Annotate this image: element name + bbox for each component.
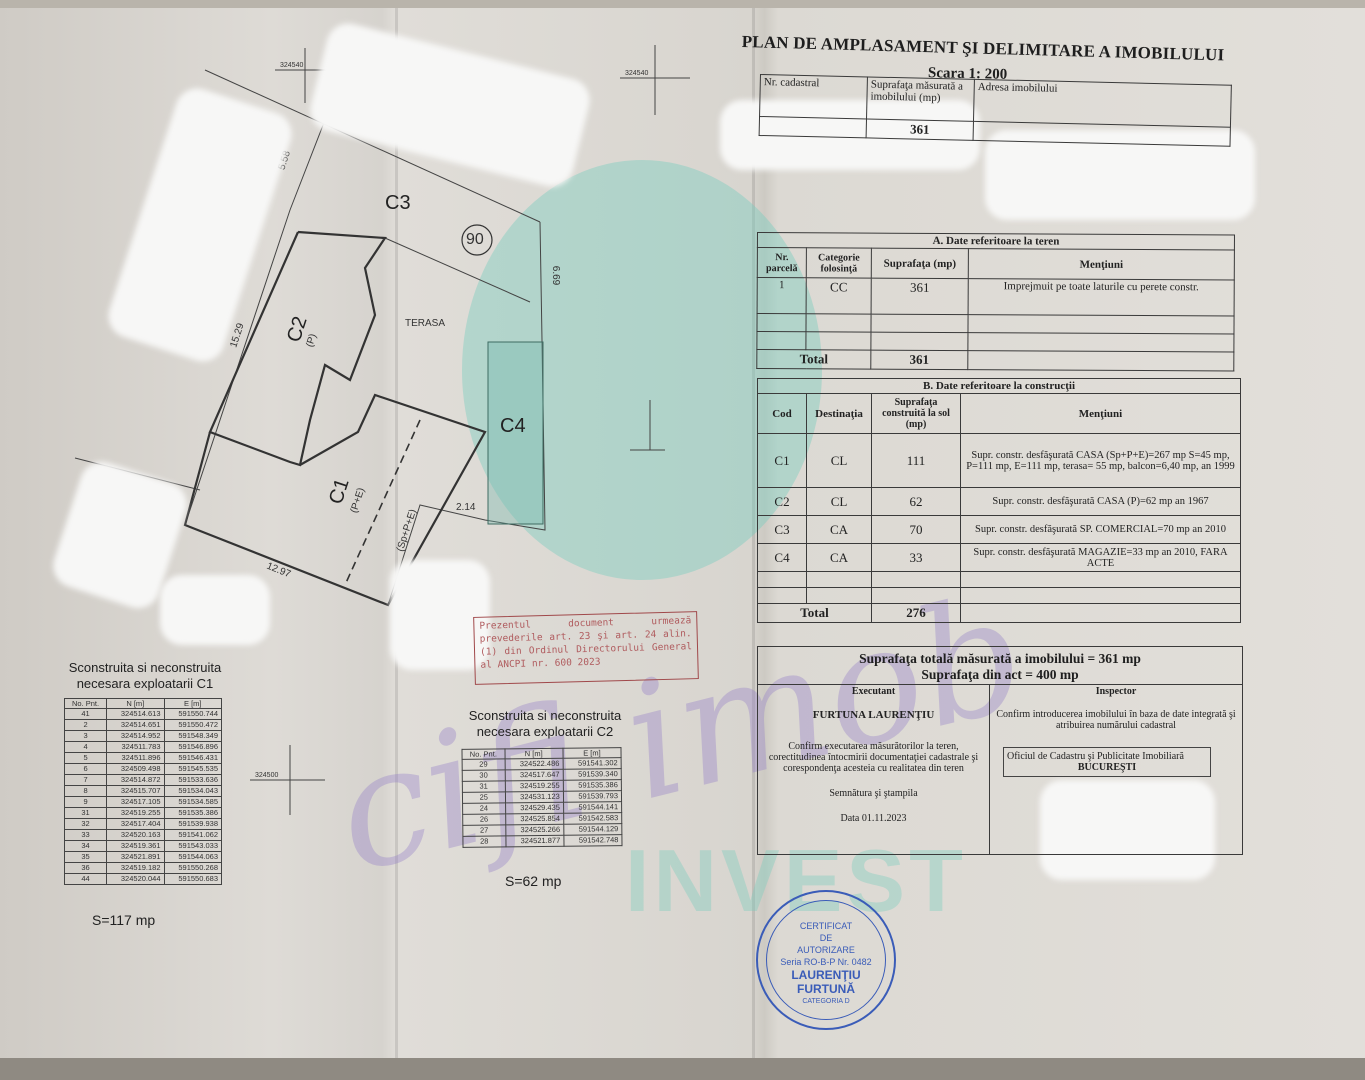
table-row: 3324514.952591548.349 (65, 731, 222, 742)
col-notes: Menţiuni (968, 249, 1234, 280)
coord-cell: 41 (65, 709, 107, 720)
measured-total: Suprafaţa totală măsurată a imobilului =… (758, 651, 1242, 667)
coord-cell: 591542.748 (564, 835, 622, 847)
coord-cell: 27 (463, 825, 506, 836)
coord-cell: 591535.386 (563, 780, 621, 792)
inspector-statement: Confirm introducerea imobilului în baza … (993, 709, 1239, 731)
land-table: A. Date referitoare la teren Nr. parcelă… (756, 232, 1235, 372)
surface-summary: Suprafaţa totală măsurată a imobilului =… (757, 646, 1243, 689)
office-stamp: Oficiul de Cadastru şi Publicitate Imobi… (1003, 747, 1211, 777)
coord-cell: 324522.486 (505, 758, 563, 770)
coord-cell: 324520.163 (107, 830, 164, 841)
coord-cell: 324517.404 (107, 819, 164, 830)
coord-cell: 591546.431 (164, 753, 221, 764)
c1-caption: Sconstruita si neconstruita necesara exp… (55, 660, 235, 692)
coord-cell: 324520.044 (107, 874, 164, 885)
coord-cell: 7 (65, 775, 107, 786)
terrace-label: TERASA (405, 318, 445, 329)
c2-area: S=62 mp (505, 873, 561, 889)
coord-cell: 591539.793 (563, 791, 621, 803)
coord-header: N [m] (505, 748, 563, 759)
table-row: 7324514.872591533.636 (65, 775, 222, 786)
executant-name: FURTUNA LAURENŢIU (761, 709, 986, 721)
table-surface (0, 1058, 1365, 1080)
signature-table: Executant FURTUNA LAURENŢIU Confirm exec… (757, 684, 1243, 855)
coord-cell: 44 (65, 874, 107, 885)
coord-cell: 6 (65, 764, 107, 775)
coord-cell: 29 (462, 759, 505, 770)
coord-cell: 3 (65, 731, 107, 742)
table-row: 33324520.163591541.062 (65, 830, 222, 841)
coord-cell: 5 (65, 753, 107, 764)
grid-mark: 324540 (280, 62, 303, 69)
coord-cell: 591548.349 (164, 731, 221, 742)
table-row: 1 CC 361 Imprejmuit pe toate laturile cu… (757, 278, 1234, 316)
grid-mark: 324500 (255, 772, 278, 779)
table-row: C3 CA 70 Supr. constr. desfăşurată SP. C… (758, 516, 1241, 544)
inspector-label: Inspector (993, 686, 1239, 697)
table-row: 31324519.255591535.386 (65, 808, 222, 819)
coord-cell: 26 (463, 814, 506, 825)
table-row: 5324511.896591546.431 (65, 753, 222, 764)
coord-cell: 324519.255 (505, 780, 563, 792)
document-date: Data 01.11.2023 (761, 813, 986, 824)
coord-cell: 591544.063 (164, 852, 221, 863)
coord-cell: 591539.938 (164, 819, 221, 830)
coord-cell: 591535.386 (164, 808, 221, 819)
table-row: 28324521.877591542.748 (463, 835, 622, 848)
building-c3-label: C3 (385, 192, 411, 215)
executant-label: Executant (761, 686, 986, 697)
coord-cell: 324521.877 (505, 835, 563, 847)
coord-cell: 28 (463, 836, 506, 847)
header-surface: Suprafaţa măsurată a imobilului (mp) (867, 77, 975, 121)
coord-header: No. Pnt. (462, 749, 505, 759)
land-total: 361 (871, 350, 968, 370)
redaction (160, 575, 270, 645)
coord-cell: 591550.472 (164, 720, 221, 731)
dimension: 6.69 (550, 266, 561, 285)
coord-cell: 324514.872 (107, 775, 164, 786)
deed-total: Suprafaţa din act = 400 mp (758, 667, 1242, 683)
dimension: 2.14 (456, 502, 475, 513)
coord-cell: 324525.854 (505, 813, 563, 825)
executant-signature-label: Semnătura şi ştampila (761, 788, 986, 799)
table-row: 36324519.182591550.268 (65, 863, 222, 874)
coordinates-table-c1: No. Pnt.N [m]E [m]41324514.613591550.744… (64, 698, 222, 885)
coord-cell: 34 (65, 841, 107, 852)
coord-cell: 591546.896 (164, 742, 221, 753)
c1-area: S=117 mp (92, 912, 155, 928)
coord-cell: 2 (65, 720, 107, 731)
parcel-number: 90 (466, 231, 484, 249)
coord-cell: 591550.744 (164, 709, 221, 720)
coord-cell: 36 (65, 863, 107, 874)
table-row: 41324514.613591550.744 (65, 709, 222, 720)
coord-cell: 591550.268 (164, 863, 221, 874)
coord-cell: 324529.435 (505, 802, 563, 814)
header-cadastral: Nr. cadastral (760, 75, 868, 119)
coord-cell: 591543.033 (164, 841, 221, 852)
table-row: 8324515.707591534.043 (65, 786, 222, 797)
coord-cell: 324531.123 (505, 791, 563, 803)
col-category: Categorie folosinţă (806, 248, 871, 278)
coord-cell: 591544.129 (564, 824, 622, 836)
table-row: 44324520.044591550.683 (65, 874, 222, 885)
table-row: 2324514.651591550.472 (65, 720, 222, 731)
coord-cell: 32 (65, 819, 107, 830)
coord-cell: 591534.043 (164, 786, 221, 797)
table-row: 9324517.105591534.585 (65, 797, 222, 808)
table-row: C2 CL 62 Supr. constr. desfăşurată CASA … (758, 488, 1241, 516)
coord-header: No. Pnt. (65, 699, 107, 709)
coord-cell: 324519.255 (107, 808, 164, 819)
coord-cell: 324521.891 (107, 852, 164, 863)
col-parcel: Nr. parcelă (757, 248, 806, 278)
coord-header: E [m] (164, 699, 221, 709)
coord-cell: 591533.636 (164, 775, 221, 786)
coord-cell: 35 (65, 852, 107, 863)
coord-cell: 324517.105 (107, 797, 164, 808)
coord-cell: 24 (463, 803, 506, 814)
coord-cell: 591534.585 (164, 797, 221, 808)
identification-table: Nr. cadastral Suprafaţa măsurată a imobi… (759, 74, 1232, 147)
coord-cell: 324514.651 (107, 720, 164, 731)
legal-notice: Prezentul document urmează prevederile a… (473, 611, 699, 685)
buildings-table: B. Date referitoare la construcţii Cod D… (757, 378, 1241, 623)
coord-cell: 9 (65, 797, 107, 808)
coord-cell: 25 (462, 792, 505, 803)
coord-cell: 591541.302 (563, 758, 621, 770)
table-row: 34324519.361591543.033 (65, 841, 222, 852)
coord-header: E [m] (563, 748, 621, 759)
coord-cell: 324509.498 (107, 764, 164, 775)
coord-cell: 591544.141 (563, 802, 621, 814)
coord-header: N [m] (107, 699, 164, 709)
coord-cell: 591545.535 (164, 764, 221, 775)
authorization-stamp: CERTIFICAT DE AUTORIZARE Seria RO-B-P Nr… (756, 890, 896, 1030)
table-row: 6324509.498591545.535 (65, 764, 222, 775)
coord-cell: 324514.952 (107, 731, 164, 742)
coord-cell: 8 (65, 786, 107, 797)
c2-caption: Sconstruita si neconstruita necesara exp… (450, 708, 640, 740)
coord-cell: 324515.707 (107, 786, 164, 797)
coord-cell: 31 (65, 808, 107, 819)
table-row: 35324521.891591544.063 (65, 852, 222, 863)
coord-cell: 591541.062 (164, 830, 221, 841)
coord-cell: 324511.896 (107, 753, 164, 764)
buildings-total: 276 (872, 604, 961, 623)
executant-statement: Confirm executarea măsurătorilor la tere… (761, 741, 986, 774)
coord-cell: 324511.783 (107, 742, 164, 753)
coord-cell: 324514.613 (107, 709, 164, 720)
grid-mark: 324540 (625, 70, 648, 77)
header-address: Adresa imobilului (973, 79, 1231, 127)
coord-cell: 591542.583 (563, 813, 621, 825)
coord-cell: 33 (65, 830, 107, 841)
coordinates-table-c2: No. Pnt.N [m]E [m]29324522.486591541.302… (461, 747, 622, 848)
coord-cell: 324525.266 (505, 824, 563, 836)
coord-cell: 31 (462, 781, 505, 792)
coord-cell: 30 (462, 770, 505, 781)
table-row: 32324517.404591539.938 (65, 819, 222, 830)
coord-cell: 324519.361 (107, 841, 164, 852)
buildings-section-title: B. Date referitoare la construcţii (758, 379, 1241, 394)
table-row: 4324511.783591546.896 (65, 742, 222, 753)
coord-cell: 324517.647 (505, 769, 563, 781)
col-surface: Suprafaţa (mp) (871, 248, 968, 279)
coord-cell: 324519.182 (107, 863, 164, 874)
land-total-label: Total (757, 350, 871, 370)
buildings-total-label: Total (758, 604, 872, 623)
building-c4-label: C4 (500, 415, 526, 438)
coord-cell: 591539.340 (563, 769, 621, 781)
table-row: C4 CA 33 Supr. constr. desfăşurată MAGAZ… (758, 544, 1241, 572)
measured-surface: 361 (866, 119, 973, 140)
coord-cell: 591550.683 (164, 874, 221, 885)
table-row: C1 CL 111 Supr. constr. desfăşurată CASA… (758, 434, 1241, 488)
coord-cell: 4 (65, 742, 107, 753)
